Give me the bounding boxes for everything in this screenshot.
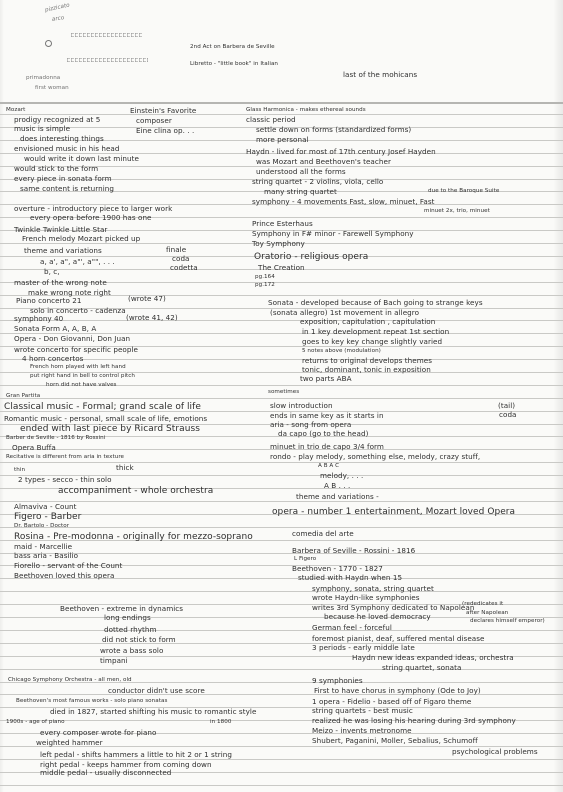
right-note-line: minuet 2x, trio, minuet	[424, 207, 490, 216]
right-note-line: realized he was losing his hearing durin…	[312, 716, 516, 725]
left-note-line: Chicago Symphony Orchestra - all men, ol…	[8, 676, 132, 685]
left-note-line: French horn played with left hand	[30, 363, 126, 372]
note-composer: composer	[136, 116, 172, 125]
left-note-line: died in 1827, started shifting his music…	[50, 707, 256, 716]
left-note-line: left pedal - shifts hammers a little to …	[40, 750, 232, 759]
left-note-line: wrote a bass solo	[100, 646, 163, 655]
note-mohicans: last of the mohicans	[343, 70, 417, 79]
right-note-line: Shubert, Paganini, Moller, Sebalius, Sch…	[312, 736, 478, 745]
left-note-line: Sonata Form A, A, B, A	[14, 324, 96, 333]
left-note-line: bass aria - Basilio	[14, 551, 78, 560]
ruled-line	[0, 669, 563, 670]
right-note-line: da capo (go to the head)	[278, 429, 368, 438]
left-note-line: 4 horn concertos	[22, 354, 83, 363]
right-note-line: Symphony in F# minor - Farewell Symphony	[252, 229, 414, 238]
ruled-line	[0, 462, 563, 463]
right-note-line: in 1 key development repeat 1st section	[302, 327, 449, 336]
right-note-line: melody, . . .	[320, 471, 363, 480]
circle-mark-icon	[45, 40, 52, 47]
left-note-line: conductor didn't use score	[108, 686, 205, 695]
right-note-line: theme and variations -	[296, 492, 379, 501]
right-note-line: minuet in trio de capo 3/4 form	[270, 442, 384, 451]
right-note-line: 5 notes above (modulation)	[302, 347, 381, 356]
left-note-line: Twinkle Twinkle Little Star	[14, 225, 107, 234]
right-note-line: Sonata - developed because of Bach going…	[268, 298, 483, 307]
right-note-line: psychological problems	[452, 747, 538, 756]
right-note-line: because he loved democracy	[324, 612, 431, 621]
note-einstein: Einstein's Favorite	[130, 106, 196, 115]
right-note-line: ends in same key as it starts in	[270, 411, 384, 420]
right-note-line: string quartet, sonata	[382, 663, 461, 672]
right-note-line: more personal	[256, 135, 309, 144]
right-note-line: Haydn new ideas expanded ideas, orchestr…	[352, 653, 514, 662]
left-note-line: 1900s - age of piano	[6, 718, 65, 727]
right-note-line: symphony - 4 movements Fast, slow, minue…	[252, 197, 435, 206]
right-note-line: declares himself emperor)	[470, 617, 545, 626]
left-note-line: Almaviva - Count	[14, 502, 77, 511]
left-note-line: dotted rhythm	[104, 625, 157, 634]
right-note-line: Barbera of Seville - Rossini - 1816	[292, 546, 415, 555]
left-note-line: Romantic music - personal, small scale o…	[4, 414, 207, 423]
left-note-line: weighted hammer	[36, 738, 103, 747]
left-note-line: did not stick to form	[102, 635, 176, 644]
right-note-line: Oratorio - religious opera	[254, 252, 368, 263]
left-note-line: Classical music - Formal; grand scale of…	[4, 402, 201, 413]
right-note-line: Prince Esterhaus	[252, 219, 313, 228]
right-note-line: Meizo - invents metronome	[312, 726, 412, 735]
right-note-line: sometimes	[268, 388, 299, 397]
right-note-line: pg.172	[255, 281, 275, 290]
left-note-line: timpani	[100, 656, 128, 665]
left-note-line: Recitative is different from aria in tex…	[6, 453, 124, 462]
bowing-squiggle-icon	[70, 32, 142, 37]
note-finale: finale	[166, 245, 186, 254]
note-coda: coda	[172, 254, 190, 263]
left-note-line: Mozart	[6, 106, 25, 115]
left-note-line: Opera - Don Giovanni, Don Juan	[14, 334, 130, 343]
left-note-line: thin	[14, 466, 25, 475]
right-note-line: foremost pianist, deaf, suffered mental …	[312, 634, 485, 643]
right-note-line: L Figero	[294, 555, 316, 564]
right-note-line: studied with Haydn when 15	[298, 573, 402, 582]
ruled-line	[0, 398, 563, 399]
right-note-line: 3 periods - early middle late	[312, 643, 415, 652]
left-note-line: 2 types - secco - thin solo	[18, 475, 112, 484]
right-note-line: 1 opera - Fidelio - based off of Figaro …	[312, 697, 471, 706]
right-note-line: comedia del arte	[292, 529, 354, 538]
left-note-line: Beethoven's most famous works - solo pia…	[16, 697, 167, 706]
left-note-line: master of the wrong note	[14, 278, 107, 287]
right-note-line: German feel - forceful	[312, 623, 392, 632]
left-note-line: envisioned music in his head	[14, 144, 120, 153]
right-note-line: symphony, sonata, string quartet	[312, 584, 434, 593]
right-note-line: (sonata allegro) 1st movement in allegro	[270, 308, 419, 317]
ruled-line	[0, 785, 563, 786]
right-note-line: aria - song from opera	[270, 420, 351, 429]
left-note-line: long endings	[104, 613, 151, 622]
note-first-woman: first woman	[35, 84, 69, 93]
note-wrote47: (wrote 47)	[128, 294, 166, 303]
right-note-line: (rededicates it	[462, 600, 503, 609]
left-note-line: Beethoven loved this opera	[14, 571, 114, 580]
left-note-line: accompaniment - whole orchestra	[58, 486, 213, 497]
left-note-line: Opera Buffa	[12, 443, 56, 452]
right-note-line: A B . . .	[324, 481, 350, 490]
left-note-line: symphony 40	[14, 314, 63, 323]
left-note-line: horn did not have valves	[46, 381, 117, 390]
left-note-line: theme and variations	[24, 246, 102, 255]
note-pizzicato: pizzicato	[44, 1, 70, 15]
note-second-act: 2nd Act on Barbera de Seville	[190, 43, 275, 52]
ruled-line	[0, 527, 563, 528]
right-note-line: slow introduction	[270, 401, 333, 410]
left-note-line: Fiorello - servant of the Count	[14, 561, 122, 570]
left-note-line: does interesting things	[20, 134, 104, 143]
left-note-line: every piece in sonata form	[14, 174, 112, 183]
right-note-line: Glass Harmonica - makes ethereal sounds	[246, 106, 366, 115]
left-note-line: French melody Mozart picked up	[22, 234, 140, 243]
right-note-line: classic period	[246, 115, 296, 124]
right-note-line: Haydn - lived for most of 17th century J…	[246, 147, 436, 156]
ruled-line	[0, 359, 563, 360]
right-note-line: rondo - play melody, something else, mel…	[270, 452, 480, 461]
left-note-line: prodigy recognized at 5	[14, 115, 100, 124]
right-note-line: writes 3rd Symphony dedicated to Napolea…	[312, 603, 474, 612]
right-note-line: (tail)	[498, 401, 515, 410]
right-note-line: many string quartet	[264, 187, 337, 196]
note-arco: arco	[51, 14, 65, 25]
right-note-line: A B A C	[318, 462, 339, 471]
note-primadonna: primadonna	[26, 74, 60, 83]
left-note-line: Gran Partita	[6, 392, 40, 401]
note-wrote4142: (wrote 41, 42)	[126, 313, 178, 322]
right-note-line: string quartet - 2 violins, viola, cello	[252, 177, 383, 186]
ruled-line	[0, 630, 563, 631]
right-note-line: goes to key key change slightly varied	[302, 337, 442, 346]
top-margin-line	[0, 102, 563, 104]
note-libretto: Libretto - "little book" in Italian	[190, 60, 278, 69]
right-note-line: wrote Haydn-like symphonies	[312, 593, 420, 602]
right-note-line: coda	[499, 410, 517, 419]
notebook-page: pizzicato arco primadonna first woman 2n…	[0, 0, 563, 792]
left-note-line: a, a', a", a"', a"", . . .	[40, 257, 115, 266]
right-note-line: two parts ABA	[300, 374, 352, 383]
left-note-line: middle pedal - usually disconnected	[40, 768, 171, 777]
left-note-line: wrote concerto for specific people	[14, 345, 138, 354]
left-note-line: overture - introductory piece to larger …	[14, 204, 172, 213]
left-note-line: in 1800	[210, 718, 231, 727]
ruled-line	[0, 553, 563, 554]
left-note-line: maid - Marcellie	[14, 542, 72, 551]
left-note-line: Beethoven - extreme in dynamics	[60, 604, 183, 613]
left-note-line: would write it down last minute	[24, 154, 139, 163]
left-note-line: same content is returning	[20, 184, 114, 193]
right-note-line: settle down on forms (standardized forms…	[256, 125, 411, 134]
note-eine: Eine clina op. . .	[136, 126, 194, 135]
right-note-line: understood all the forms	[256, 167, 346, 176]
left-note-line: put right hand in bell to control pitch	[30, 372, 135, 381]
ruled-line	[0, 591, 563, 592]
right-note-line: returns to original develops themes	[302, 356, 432, 365]
left-note-line: thick	[116, 463, 134, 472]
right-note-line: was Mozart and Beethoven's teacher	[256, 157, 391, 166]
left-note-line: music is simple	[14, 124, 70, 133]
ruled-line	[0, 320, 563, 321]
left-note-line: would stick to the form	[14, 164, 98, 173]
left-note-line: every opera before 1900 has one	[30, 213, 152, 222]
note-codetta: codetta	[170, 263, 198, 272]
right-note-line: tonic, dominant, tonic in exposition	[302, 365, 431, 374]
right-note-line: opera - number 1 entertainment, Mozart l…	[272, 507, 515, 518]
right-note-line: exposition, capitulation , capitulation	[300, 317, 435, 326]
right-note-line: 9 symphonies	[312, 676, 363, 685]
right-note-line: string quartets - best music	[312, 706, 413, 715]
ruled-line	[0, 501, 563, 502]
bowing-squiggle-icon	[66, 57, 148, 62]
right-note-line: due to the Baroque Suite	[428, 187, 499, 196]
left-note-line: Dr. Bartolo - Doctor	[14, 522, 69, 531]
left-note-line: Barber de Seville - 1816 by Rossini	[6, 434, 105, 443]
left-note-line: b, c,	[44, 267, 60, 276]
right-note-line: The Creation	[258, 263, 305, 272]
ruled-line	[0, 643, 563, 644]
right-note-line: First to have chorus in symphony (Ode to…	[314, 686, 481, 695]
left-note-line: Piano concerto 21	[16, 296, 82, 305]
right-note-line: Toy Symphony	[252, 239, 305, 248]
right-note-line: Beethoven - 1770 - 1827	[292, 564, 383, 573]
left-note-line: every composer wrote for piano	[40, 728, 157, 737]
